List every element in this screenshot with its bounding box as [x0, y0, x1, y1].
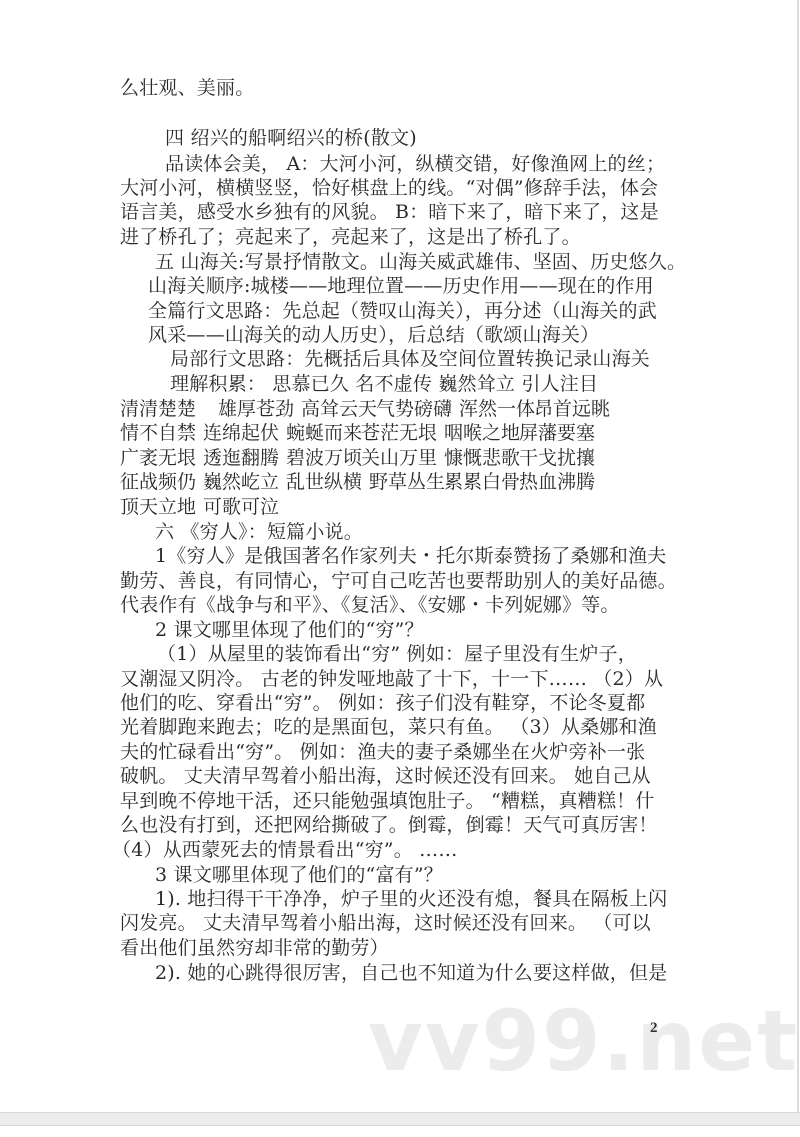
- text-line: 看出他们虽然穷却非常的勤劳）: [120, 936, 389, 960]
- vocab-item: 征战频仍: [120, 470, 203, 494]
- text-line: 么也没有打到，还把网给撕破了。倒霉，倒霉！天气可真厉害！: [120, 813, 658, 837]
- text-line: 破帆。 丈夫清早驾着小船出海，这时候还没有回来。 她自己从: [120, 764, 651, 788]
- text-line: 光着脚跑来跑去；吃的是黑面包，菜只有鱼。 （3）从桑娜和渔: [120, 715, 657, 739]
- vocab-item: 情不自禁: [120, 421, 203, 445]
- question-heading: 2 课文哪里体现了他们的“穷”？: [155, 618, 424, 642]
- vocab-item: 关山万里: [361, 446, 444, 470]
- vocab-item: 气势磅礴: [376, 397, 459, 421]
- vocab-item: 高耸云天: [301, 397, 376, 421]
- vocab-row: 情不自禁连绵起伏蜿蜒而来苍茫无垠咽喉之地屏藩要塞: [120, 421, 595, 445]
- section-heading-5: 五 山海关:写景抒情散文。山海关威武雄伟、坚固、历史悠久。: [155, 250, 686, 274]
- text-line: 勤劳、善良，有同情心，宁可自己吃苦也要帮助别人的美好品德。: [120, 569, 677, 593]
- section-heading-6: 六 《穷人》：短篇小说。: [155, 520, 363, 544]
- vocab-item: 雄厚苍劲: [218, 397, 301, 421]
- text-line: 夫的忙碌看出“穷”。 例如：渔夫的妻子桑娜坐在火炉旁补一张: [120, 740, 645, 764]
- vocab-item: 广袤无垠: [120, 446, 203, 470]
- text-line: （1）从屋里的装饰看出“穷” 例如：屋子里没有生炉子，: [157, 642, 637, 666]
- page-number: 2: [650, 1020, 658, 1037]
- text-line: （4）从西蒙死去的情景看出“穷”。 ……: [112, 838, 458, 862]
- next-page-top: [0, 1126, 800, 1137]
- text-line: 么壮观、美丽。: [120, 76, 254, 100]
- text-line: 风采——山海关的动人历史），后总结（歌颂山海关）: [148, 323, 599, 347]
- vocab-item: 干戈扰攘: [519, 446, 595, 470]
- page-separator: [0, 1112, 800, 1126]
- vocab-item: 苍茫无垠: [361, 421, 444, 445]
- text-line: 理解积累： 思慕已久 名不虚传 巍然耸立 引人注目: [170, 372, 598, 396]
- text-line: 语言美，感受水乡独有的风貌。 B：暗下来了，暗下来了，这是: [120, 200, 659, 224]
- text-line: 进了桥孔了；亮起来了，亮起来了，这是出了桥孔了。: [120, 225, 581, 249]
- vocab-item: 昂首远眺: [534, 397, 610, 421]
- vocab-item: 野草丛生: [369, 470, 444, 494]
- vocab-item: 连绵起伏: [203, 421, 286, 445]
- vocab-item: 蜿蜒而来: [286, 421, 361, 445]
- vocab-item: 热血沸腾: [519, 470, 595, 494]
- vocab-item: 可歌可泣: [203, 495, 279, 519]
- text-line: 全篇行文思路：先总起（赞叹山海关），再分述（山海关的武: [148, 299, 657, 323]
- text-line: 他们的吃、穿看出“穷”。 例如：孩子们没有鞋穿，不论冬夏都: [120, 691, 645, 715]
- vocab-item: 顶天立地: [120, 495, 203, 519]
- text-line: 1). 地扫得干干净净，炉子里的火还没有熄，餐具在隔板上闪: [155, 887, 667, 911]
- question-heading: 3 课文哪里体现了他们的“富有”？: [155, 863, 443, 887]
- vocab-row: 广袤无垠透迤翻腾碧波万顷关山万里慷慨悲歌干戈扰攘: [120, 446, 595, 470]
- text-line: 代表作有《战争与和平》、《复活》、《安娜・卡列妮娜》等。: [120, 593, 620, 617]
- vocab-row: 顶天立地可歌可泣: [120, 495, 279, 519]
- vocab-item: 咽喉之地: [444, 421, 519, 445]
- document-page: 么壮观、美丽。 四 绍兴的船啊绍兴的桥(散文) 品读体会美， A：大河小河，纵横…: [0, 0, 799, 1112]
- vocab-item: 浑然一体: [459, 397, 534, 421]
- vocab-item: 巍然屹立: [203, 470, 286, 494]
- section-heading-4: 四 绍兴的船啊绍兴的桥(散文): [165, 126, 417, 150]
- watermark: vv99.net: [368, 992, 799, 1090]
- text-line: 大河小河，横横竖竖，恰好棋盘上的线。“对偶”修辞手法，体会: [120, 176, 658, 200]
- vocab-item: 碧波万顷: [286, 446, 361, 470]
- text-line: 1《穷人》是俄国著名作家列夫・托尔斯泰赞扬了桑娜和渔夫: [155, 544, 667, 568]
- vocab-row: 征战频仍巍然屹立乱世纵横野草丛生累累白骨热血沸腾: [120, 470, 595, 494]
- text-line: 品读体会美， A：大河小河，纵横交错，好像渔网上的丝；: [165, 152, 665, 176]
- vocab-item: 透迤翻腾: [203, 446, 286, 470]
- vocab-item: 乱世纵横: [286, 470, 369, 494]
- text-line: 山海关顺序:城楼——地理位置——历史作用——现在的作用: [148, 274, 654, 298]
- text-line: 闪发亮。 丈夫清早驾着小船出海，这时候还没有回来。 （可以: [120, 911, 651, 935]
- vocab-item: 屏藩要塞: [519, 421, 595, 445]
- vocab-item: 累累白骨: [444, 470, 519, 494]
- text-line: 又潮湿又阴冷。 古老的钟发哑地敲了十下，十一下…… （2）从: [120, 667, 663, 691]
- vocab-item: 清清楚楚: [120, 397, 208, 421]
- text-line: 早到晚不停地干活，还只能勉强填饱肚子。 “糟糕，真糟糕！什: [120, 789, 655, 813]
- text-line: 2). 她的心跳得很厉害，自己也不知道为什么要这样做，但是: [155, 961, 667, 985]
- vocab-row: 清清楚楚雄厚苍劲高耸云天气势磅礴浑然一体昂首远眺: [120, 397, 610, 421]
- text-line: 局部行文思路：先概括后具体及空间位置转换记录山海关: [170, 347, 650, 371]
- vocab-item: 慷慨悲歌: [444, 446, 519, 470]
